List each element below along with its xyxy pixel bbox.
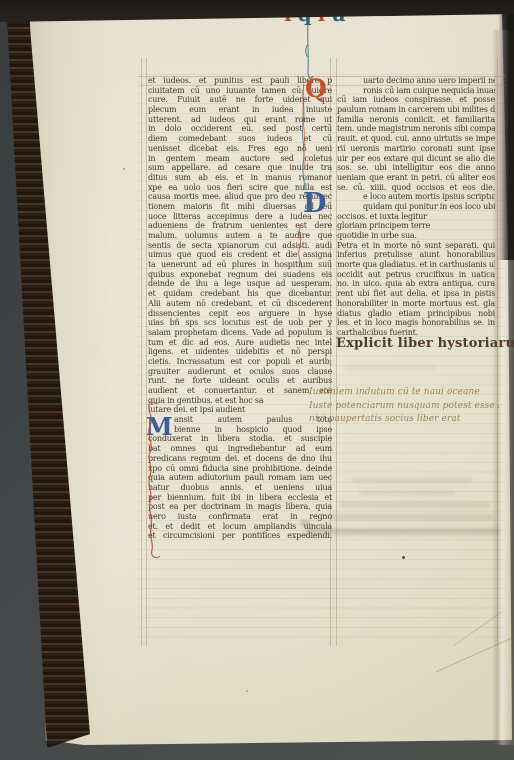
- ruling-vertical: [497, 58, 498, 646]
- text-line: no. in uico. quia ab extra antiqua. cura: [337, 279, 495, 289]
- text-line: quibus exponebat regnum dei suadens eis: [148, 270, 332, 280]
- erased-line-stain: [345, 366, 437, 370]
- text-line: predicans regnum dei. et docens de dno i…: [148, 454, 332, 464]
- text-line: paulum romam in carcerem ubi milites de: [337, 105, 495, 115]
- text-line: audient et conuertantur. et sanem eos: [148, 386, 332, 396]
- text-line: deinde de ihu a lege usque ad uesperam.: [148, 279, 332, 289]
- show-through-stain: [300, 520, 310, 526]
- text-line: inferius pretulisse aiunt honorabilius: [337, 250, 495, 260]
- ink-speck: [246, 690, 248, 692]
- text-line: conduxerat in libera stodia. et suscipie: [148, 434, 332, 444]
- text-line: ueniam que erant in petri. cū aliter eos: [337, 173, 495, 183]
- d-initial-lines: e loco autem mortis ipsius scriptumquida…: [337, 192, 495, 211]
- text-line: bat omnes qui ingrediebantur ad eum: [148, 444, 332, 454]
- text-line: dissencientes cepit eos arguere in hyse: [148, 309, 332, 319]
- text-line: cū iam iudeos conspirasse. et posse: [337, 95, 495, 105]
- ink-speck: [123, 168, 125, 170]
- penwork-flourish-m: [144, 400, 168, 570]
- show-through-stain: [305, 528, 500, 535]
- show-through-stain: [360, 490, 455, 495]
- text-line: uarto decimo anno uero imperii ne: [363, 76, 495, 86]
- penwork-flourish-d: [294, 222, 306, 270]
- right-column-segment-a: cū iam iudeos conspirasse. et possepaulu…: [337, 95, 495, 192]
- text-line: post ea per doctrinam in magis libera. q…: [148, 502, 332, 512]
- d-initial-block: D e loco autem mortis ipsius scriptumqui…: [337, 192, 495, 211]
- text-line: uir per eos extare qui dicunt se alio di…: [337, 154, 495, 164]
- text-line: Iustiniem indutum cū te naui oceane: [309, 386, 499, 400]
- text-line: quia in gentibus. et est hoc sa: [148, 396, 332, 406]
- text-line: quia autem adiutorium pauli romam iam ue…: [148, 473, 332, 483]
- text-line: familia neronis coniicit. et familiarita: [337, 115, 495, 125]
- text-line: morte qua gladiatus. et in carthusianis …: [337, 260, 495, 270]
- text-line: e loco autem mortis ipsius scriptum: [363, 192, 495, 202]
- q-initial-block: Q uarto decimo anno uero imperii neronis…: [337, 76, 495, 95]
- text-line: rauit. et quod. cui. anno uirtutis se im…: [337, 134, 495, 144]
- show-through-stain: [340, 502, 490, 508]
- text-line: Iuste potenciarum nusquam potest esse be…: [309, 400, 499, 414]
- right-column-segment-c: Petra et in morte nō sunt separati. quii…: [337, 241, 495, 328]
- text-line: runt. ne forte uideant oculis et auribus: [148, 376, 332, 386]
- text-line: les. et in loco magis honorabilius se. i…: [337, 318, 495, 328]
- text-line: nisi paupertatis socius liber erat: [309, 413, 499, 427]
- text-line: cietis. Incrassatum est cor populi et au…: [148, 357, 332, 367]
- text-line: sos. se. ubi intelligitur eos die anno: [337, 163, 495, 173]
- text-line: grauiter audierunt et oculos suos clause: [148, 367, 332, 377]
- text-line: tum et dic ad eos. Aure audietis nec int…: [148, 338, 332, 348]
- text-line: et quidam credebant his que dicebantur.: [148, 289, 332, 299]
- text-line: occidit aut petrus crucifixus in uatica: [337, 270, 495, 280]
- text-line: rii ueronis martirio coronati sunt ipse: [337, 144, 495, 154]
- left-column-segment-b: quia in gentibus. et est hoc salutare de…: [148, 396, 332, 415]
- text-line: saiam prophetam dicens. Vade ad populum …: [148, 328, 332, 338]
- text-line: occisos. et iuxta legitur: [337, 212, 495, 222]
- text-line: diatus gladio etiam principibus nobi: [337, 309, 495, 319]
- ruling-vertical: [141, 58, 142, 646]
- text-line: Alii autem nō credebant. et cū discedere…: [148, 299, 332, 309]
- text-column-right: Q uarto decimo anno uero imperii neronis…: [337, 76, 495, 338]
- penwork-flourish-q: [298, 84, 310, 192]
- text-line: honorabiliter in morte mortuus est. gla: [337, 299, 495, 309]
- show-through-stain: [352, 478, 472, 483]
- text-line: lutare dei. et ipsi audient: [148, 405, 332, 415]
- text-line: xpo cū omni fiducia sine prohibitione. d…: [148, 464, 332, 474]
- manuscript-photograph: ıqıu et iudeos. et punitus est pauli lib…: [0, 0, 514, 760]
- text-line: per biennium. fuit ibi in libera ecclesi…: [148, 493, 332, 503]
- m-initial-lines: ansit autem paulus totobienne in hospici…: [148, 415, 332, 434]
- text-line: ronis cū iam cuique nequicia inuasit: [363, 86, 495, 96]
- text-line: quotidie in urbe sua.: [337, 231, 495, 241]
- show-through-stain: [330, 514, 495, 520]
- text-line: ligens. et uidentes uidebitis et nō pers…: [148, 347, 332, 357]
- text-line: Petra et in morte nō sunt separati. qui: [337, 241, 495, 251]
- q-initial-lines: uarto decimo anno uero imperii neronis c…: [337, 76, 495, 95]
- ink-speck: [402, 556, 405, 559]
- text-line: se. cū. xiiii. quod occisos et eos die.: [337, 183, 495, 193]
- text-line: quidam qui ponitur in eos loco ubi: [363, 202, 495, 212]
- initial-d: D: [303, 190, 326, 217]
- right-column-segment-b: occisos. et iuxta legiturgloriam princip…: [337, 212, 495, 241]
- text-line: rent ubi fiet aut delia. et ipsa in pist…: [337, 289, 495, 299]
- explicit-colophon: Explicit liber hystoriarum.: [336, 336, 506, 351]
- text-line: uias bñ sps scs locutus est de uob per y: [148, 318, 332, 328]
- later-annotation: Iustiniem indutum cū te naui oceaneIuste…: [309, 386, 499, 427]
- text-line: natur duobus annis. et ueniens uiua: [148, 483, 332, 493]
- text-line: tem. unde magistrum neronis sibi compa: [337, 124, 495, 134]
- text-line: gloriam principem terre: [337, 221, 495, 231]
- m-initial-block: M ansit autem paulus totobienne in hospi…: [148, 415, 332, 434]
